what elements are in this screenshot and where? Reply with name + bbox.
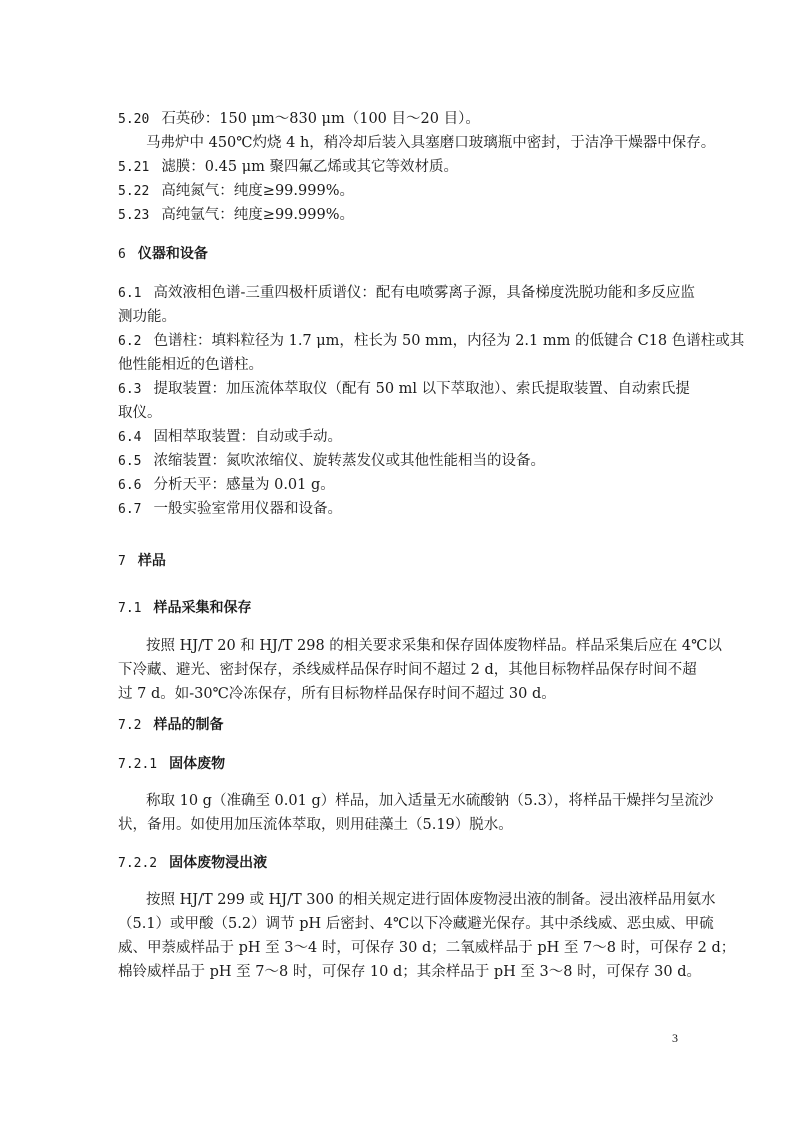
text-line: 取仪。: [118, 401, 688, 425]
clause-number: 6.6: [118, 474, 141, 498]
text-line: 6.4固相萃取装置：自动或手动。: [118, 425, 688, 450]
text-line: 按照 HJ/T 20 和 HJ/T 298 的相关要求采集和保存固体废物样品。样…: [146, 634, 716, 658]
line-text: 威、甲萘威样品于 pH 至 3～4 时，可保存 30 d；二氧威样品于 pH 至…: [118, 940, 735, 956]
line-text: 高纯氩气：纯度≥99.999%。: [161, 207, 354, 223]
line-text: 浓缩装置：氮吹浓缩仪、旋转蒸发仪或其他性能相当的设备。: [153, 453, 545, 469]
section-heading: 7.1样品采集和保存: [118, 596, 688, 621]
text-line: 6.1高效液相色谱-三重四极杆质谱仪：配有电喷雾离子源，具备梯度洗脱功能和多反应…: [118, 281, 688, 306]
line-text: （5.1）或甲酸（5.2）调节 pH 后密封、4℃以下冷藏避光保存。其中杀线威、…: [118, 916, 714, 932]
clause-number: 7: [118, 550, 126, 574]
clause-number: 7.2.1: [118, 753, 157, 777]
clause-number: 6.3: [118, 378, 141, 402]
line-text: 固体废物浸出液: [169, 855, 267, 871]
line-text: 色谱柱：填料粒径为 1.7 μm，柱长为 50 mm，内径为 2.1 mm 的低…: [153, 333, 744, 349]
line-text: 过 7 d。如-30℃冷冻保存，所有目标物样品保存时间不超过 30 d。: [118, 686, 556, 702]
text-line: 5.20石英砂：150 μm～830 μm（100 目～20 目）。: [118, 107, 688, 132]
text-line: 6.2色谱柱：填料粒径为 1.7 μm，柱长为 50 mm，内径为 2.1 mm…: [118, 329, 688, 354]
clause-number: 5.21: [118, 156, 149, 180]
line-text: 滤膜：0.45 μm 聚四氟乙烯或其它等效材质。: [161, 159, 458, 175]
section-heading: 7样品: [118, 549, 688, 574]
section-heading: 6仪器和设备: [118, 242, 688, 267]
text-line: 下冷藏、避光、密封保存，杀线威样品保存时间不超过 2 d，其他目标物样品保存时间…: [118, 658, 688, 682]
clause-number: 6: [118, 243, 126, 267]
line-text: 石英砂：150 μm～830 μm（100 目～20 目）。: [161, 111, 480, 127]
text-line: 状，备用。如使用加压流体萃取，则用硅藻土（5.19）脱水。: [118, 813, 688, 837]
line-text: 下冷藏、避光、密封保存，杀线威样品保存时间不超过 2 d，其他目标物样品保存时间…: [118, 662, 697, 678]
clause-number: 6.7: [118, 498, 141, 522]
clause-number: 6.4: [118, 426, 141, 450]
page-number: 3: [672, 1031, 678, 1046]
text-line: （5.1）或甲酸（5.2）调节 pH 后密封、4℃以下冷藏避光保存。其中杀线威、…: [118, 912, 688, 936]
text-line: 6.5浓缩装置：氮吹浓缩仪、旋转蒸发仪或其他性能相当的设备。: [118, 449, 688, 474]
text-line: 马弗炉中 450℃灼烧 4 h，稍冷却后装入具塞磨口玻璃瓶中密封，于洁净干燥器中…: [146, 131, 716, 155]
section-heading: 7.2样品的制备: [118, 713, 688, 738]
line-text: 仪器和设备: [138, 246, 208, 262]
line-text: 他性能相近的色谱柱。: [118, 357, 263, 373]
clause-number: 7.1: [118, 597, 141, 621]
line-text: 样品采集和保存: [153, 600, 251, 616]
clause-number: 6.1: [118, 282, 141, 306]
line-text: 样品: [138, 553, 166, 569]
line-text: 固相萃取装置：自动或手动。: [153, 429, 342, 445]
line-text: 一般实验室常用仪器和设备。: [153, 501, 342, 517]
line-text: 状，备用。如使用加压流体萃取，则用硅藻土（5.19）脱水。: [118, 817, 513, 833]
clause-number: 6.2: [118, 330, 141, 354]
line-text: 高效液相色谱-三重四极杆质谱仪：配有电喷雾离子源，具备梯度洗脱功能和多反应监: [153, 285, 694, 301]
text-line: 6.3提取装置：加压流体萃取仪（配有 50 ml 以下萃取池）、索氏提取装置、自…: [118, 377, 688, 402]
line-text: 固体废物: [169, 756, 225, 772]
line-text: 高纯氮气：纯度≥99.999%。: [161, 183, 354, 199]
document-page: 5.20石英砂：150 μm～830 μm（100 目～20 目）。马弗炉中 4…: [0, 0, 800, 1131]
line-text: 按照 HJ/T 299 或 HJ/T 300 的相关规定进行固体废物浸出液的制备…: [146, 892, 716, 908]
line-text: 取仪。: [118, 405, 162, 421]
line-text: 提取装置：加压流体萃取仪（配有 50 ml 以下萃取池）、索氏提取装置、自动索氏…: [153, 381, 689, 397]
text-line: 棉铃威样品于 pH 至 7～8 时，可保存 10 d；其余样品于 pH 至 3～…: [118, 960, 688, 984]
section-heading: 7.2.1固体废物: [118, 752, 688, 777]
text-line: 5.21滤膜：0.45 μm 聚四氟乙烯或其它等效材质。: [118, 155, 688, 180]
line-text: 马弗炉中 450℃灼烧 4 h，稍冷却后装入具塞磨口玻璃瓶中密封，于洁净干燥器中…: [146, 135, 715, 151]
text-line: 测功能。: [118, 305, 688, 329]
line-text: 样品的制备: [153, 717, 223, 733]
line-text: 分析天平：感量为 0.01 g。: [153, 477, 334, 493]
line-text: 测功能。: [118, 309, 176, 325]
line-text: 称取 10 g（准确至 0.01 g）样品，加入适量无水硫酸钠（5.3），将样品…: [146, 793, 714, 809]
text-line: 5.23高纯氩气：纯度≥99.999%。: [118, 203, 688, 228]
clause-number: 5.22: [118, 180, 149, 204]
text-line: 威、甲萘威样品于 pH 至 3～4 时，可保存 30 d；二氧威样品于 pH 至…: [118, 936, 688, 960]
text-line: 按照 HJ/T 299 或 HJ/T 300 的相关规定进行固体废物浸出液的制备…: [146, 888, 716, 912]
line-text: 棉铃威样品于 pH 至 7～8 时，可保存 10 d；其余样品于 pH 至 3～…: [118, 964, 701, 980]
clause-number: 7.2: [118, 714, 141, 738]
text-line: 他性能相近的色谱柱。: [118, 353, 688, 377]
clause-number: 5.20: [118, 108, 149, 132]
text-line: 称取 10 g（准确至 0.01 g）样品，加入适量无水硫酸钠（5.3），将样品…: [146, 789, 716, 813]
clause-number: 7.2.2: [118, 852, 157, 876]
text-line: 5.22高纯氮气：纯度≥99.999%。: [118, 179, 688, 204]
section-heading: 7.2.2固体废物浸出液: [118, 851, 688, 876]
text-line: 6.6分析天平：感量为 0.01 g。: [118, 473, 688, 498]
clause-number: 6.5: [118, 450, 141, 474]
clause-number: 5.23: [118, 204, 149, 228]
text-line: 过 7 d。如-30℃冷冻保存，所有目标物样品保存时间不超过 30 d。: [118, 682, 688, 706]
line-text: 按照 HJ/T 20 和 HJ/T 298 的相关要求采集和保存固体废物样品。样…: [146, 638, 722, 654]
text-line: 6.7一般实验室常用仪器和设备。: [118, 497, 688, 522]
